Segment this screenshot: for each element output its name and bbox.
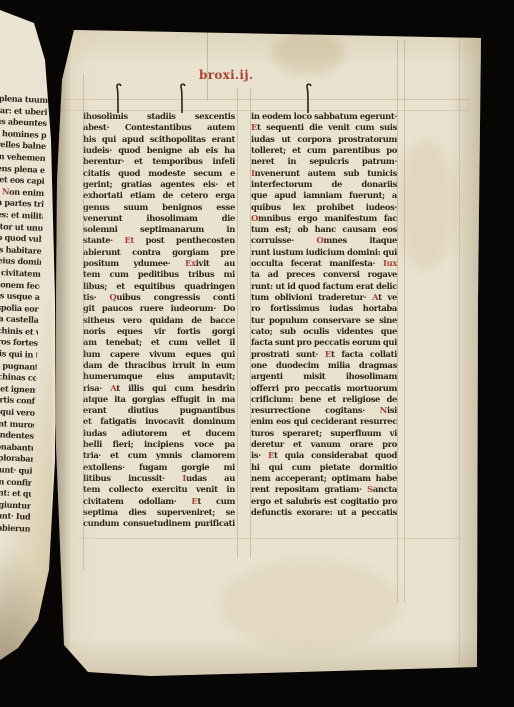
- ascender-flourish: [178, 83, 188, 113]
- text-line: ur vagiuntur: [0, 498, 31, 512]
- text-line: ssimum confir: [0, 475, 32, 489]
- text-line: tem collecto exercitu venit in: [83, 484, 235, 495]
- text-line: ergo et salubris est cogitatio pro: [251, 496, 397, 507]
- text-line: tur populum conservare se sine pec: [251, 315, 397, 326]
- text-line: cato; sub oculis videntes que: [251, 326, 397, 337]
- ruling-line: [237, 88, 238, 558]
- ruling-line: [397, 40, 398, 602]
- text-line: citatis quod modeste secum e: [83, 168, 235, 179]
- parchment-crease: [207, 28, 208, 100]
- text-line: git paucos ruere iudeorum· Do: [83, 303, 235, 314]
- text-line: extollens· fugam gorgie mi: [83, 462, 235, 473]
- text-line: abest· Contestantibus autem: [83, 122, 235, 133]
- text-line: litibus incussit· Iudas au: [83, 473, 235, 484]
- ascender-flourish: [304, 83, 314, 113]
- text-line: his qui apud scithopolitas erant: [83, 134, 235, 145]
- manuscript-page: broxi.ij. ihosolimis stadiis sexcentisab…: [0, 0, 514, 707]
- text-line: is· Et quia considerabat quod: [251, 450, 397, 461]
- text-line: sitheus vero quidam de bacce: [83, 315, 235, 326]
- text-line: iudas adiutorem et ducem: [83, 428, 235, 439]
- text-line: et fatigatis invocavit dominum: [83, 416, 235, 427]
- text-line: in eodem loco sabbatum egerunt·: [251, 111, 397, 122]
- text-line: hi qui cum pietate dormitio: [251, 462, 397, 473]
- text-line: ihosolimis stadiis sexcentis: [83, 111, 235, 122]
- text-line: rent repositam gratiam· Sancta: [251, 484, 397, 495]
- text-line: solemni septimanarum in: [83, 224, 235, 235]
- parchment-stain: [398, 140, 456, 270]
- text-line: gerint; gratias agentes eis· et: [83, 179, 235, 190]
- text-line: belli fieri; incipiens voce pa: [83, 439, 235, 450]
- text-line: Omnibus ergo manifestum fac: [251, 213, 397, 224]
- text-line: berentur· et temporibus infeli: [83, 156, 235, 167]
- text-line: occulta fecerat manifesta· Iux: [251, 258, 397, 269]
- text-line: n fines abierunt: [0, 521, 30, 535]
- text-line: positum ydumee· Exivit au: [83, 258, 235, 269]
- text-line: prostrati sunt· Et facta collati: [251, 349, 397, 360]
- text-line: deretur et vanum orare pro mortu: [251, 439, 397, 450]
- text-line: tem cum peditibus tribus mi: [83, 269, 235, 280]
- facing-page: plena tuumar: et uberiius abeunteses hom…: [0, 0, 60, 665]
- facing-page-curl-shadow: [0, 545, 60, 665]
- ruling-line: [404, 40, 405, 602]
- text-line: humerumque eius amputavit;: [83, 371, 235, 382]
- text-line: facta sunt pro peccatis eorum qui: [251, 337, 397, 348]
- text-line: tria· et cum ymnis clamorem: [83, 450, 235, 461]
- text-line: exhortati etiam de cetero erga: [83, 190, 235, 201]
- text-line: argenti misit ihosolimam: [251, 371, 397, 382]
- text-line: runt: ut id quod factum erat delic: [251, 281, 397, 292]
- text-line: risa· At illis qui cum hesdrin: [83, 383, 235, 394]
- text-line: tis· Quibus congressis conti: [83, 292, 235, 303]
- text-line: offerri pro peccatis mortuorum sa: [251, 383, 397, 394]
- facing-page-text: plena tuumar: et uberiius abeunteses hom…: [0, 92, 48, 535]
- text-line: enim eos qui ceciderant resurrec: [251, 416, 397, 427]
- ruling-line: [78, 538, 460, 539]
- text-line: resurrectione cogitans· Nisi: [251, 405, 397, 416]
- page-right-shading: [438, 25, 484, 685]
- text-line: hauerunt· Iud: [0, 509, 31, 523]
- text-line: ta ad preces conversi rogave: [251, 269, 397, 280]
- text-line: mauerunt· qui: [0, 463, 32, 477]
- text-line: one duodecim milia dragmas: [251, 360, 397, 371]
- running-title: broxi.ij.: [199, 68, 259, 83]
- text-line: crificium: bene et religiose de: [251, 394, 397, 405]
- column-2: in eodem loco sabbatum egerunt·Et sequen…: [251, 111, 397, 518]
- text-line: septima dies superveniret; se: [83, 507, 235, 518]
- text-line: genus suum benignos esse: [83, 202, 235, 213]
- ascender-flourish: [114, 83, 124, 113]
- text-line: defunctis exorare: ut a peccatis sol: [251, 507, 397, 518]
- text-line: que apud iamniam fuerunt; a: [251, 190, 397, 201]
- text-line: lum capere vivum eques qui: [83, 349, 235, 360]
- text-line: tum oblivioni traderetur· At ve: [251, 292, 397, 303]
- text-line: turos speraret; superfluum vi: [251, 428, 397, 439]
- text-line: stante· Et post penthecosten: [83, 235, 235, 246]
- text-line: Et sequenti die venit cum suis: [251, 122, 397, 133]
- text-line: quibus lex prohibet iudeos·: [251, 202, 397, 213]
- text-line: atque ita gorgias effugit in ma: [83, 394, 235, 405]
- text-line: dam de thracibus irruit in eum: [83, 360, 235, 371]
- text-line: nem acceperant; optimam habe: [251, 473, 397, 484]
- text-line: interfectorum de donariis ydolorum: [251, 179, 397, 190]
- text-line: cundum consuetudinem purificati: [83, 518, 235, 529]
- column-1: ihosolimis stadiis sexcentisabest· Conte…: [83, 111, 235, 530]
- text-line: civitatem odollam· Et cum: [83, 496, 235, 507]
- text-line: tolleret; et cum parentibus po: [251, 145, 397, 156]
- text-line: venerunt ihosolimam die: [83, 213, 235, 224]
- text-line: neret in sepulcris patrum·: [251, 156, 397, 167]
- text-line: runt iustum iudicium domini: qui: [251, 247, 397, 258]
- text-line: iudeis· quod benigne ab eis ha: [83, 145, 235, 156]
- text-line: Invenerunt autem sub tunicis: [251, 168, 397, 179]
- parchment-stain: [220, 560, 400, 650]
- photo-frame: plena tuumar: et uberiius abeunteses hom…: [0, 0, 514, 707]
- text-line: noris eques vir fortis gorgi: [83, 326, 235, 337]
- parchment-crease: [459, 35, 460, 665]
- text-line: erant diutius pugnantibus: [83, 405, 235, 416]
- text-line: am tenebat; et cum vellet il: [83, 337, 235, 348]
- text-line: iudas ut corpora prostratorum: [251, 134, 397, 145]
- text-line: uanerunt: et quasi: [0, 486, 31, 500]
- text-line: corruisse· Omnes itaque benedixe: [251, 235, 397, 246]
- text-line: ro fortissimus iudas hortaba: [251, 303, 397, 314]
- text-line: tum est; ob hanc causam eos: [251, 224, 397, 235]
- text-line: libus; et equitibus quadringen: [83, 281, 235, 292]
- parchment-stain: [272, 32, 344, 74]
- text-line: abierunt contra gorgiam pre: [83, 247, 235, 258]
